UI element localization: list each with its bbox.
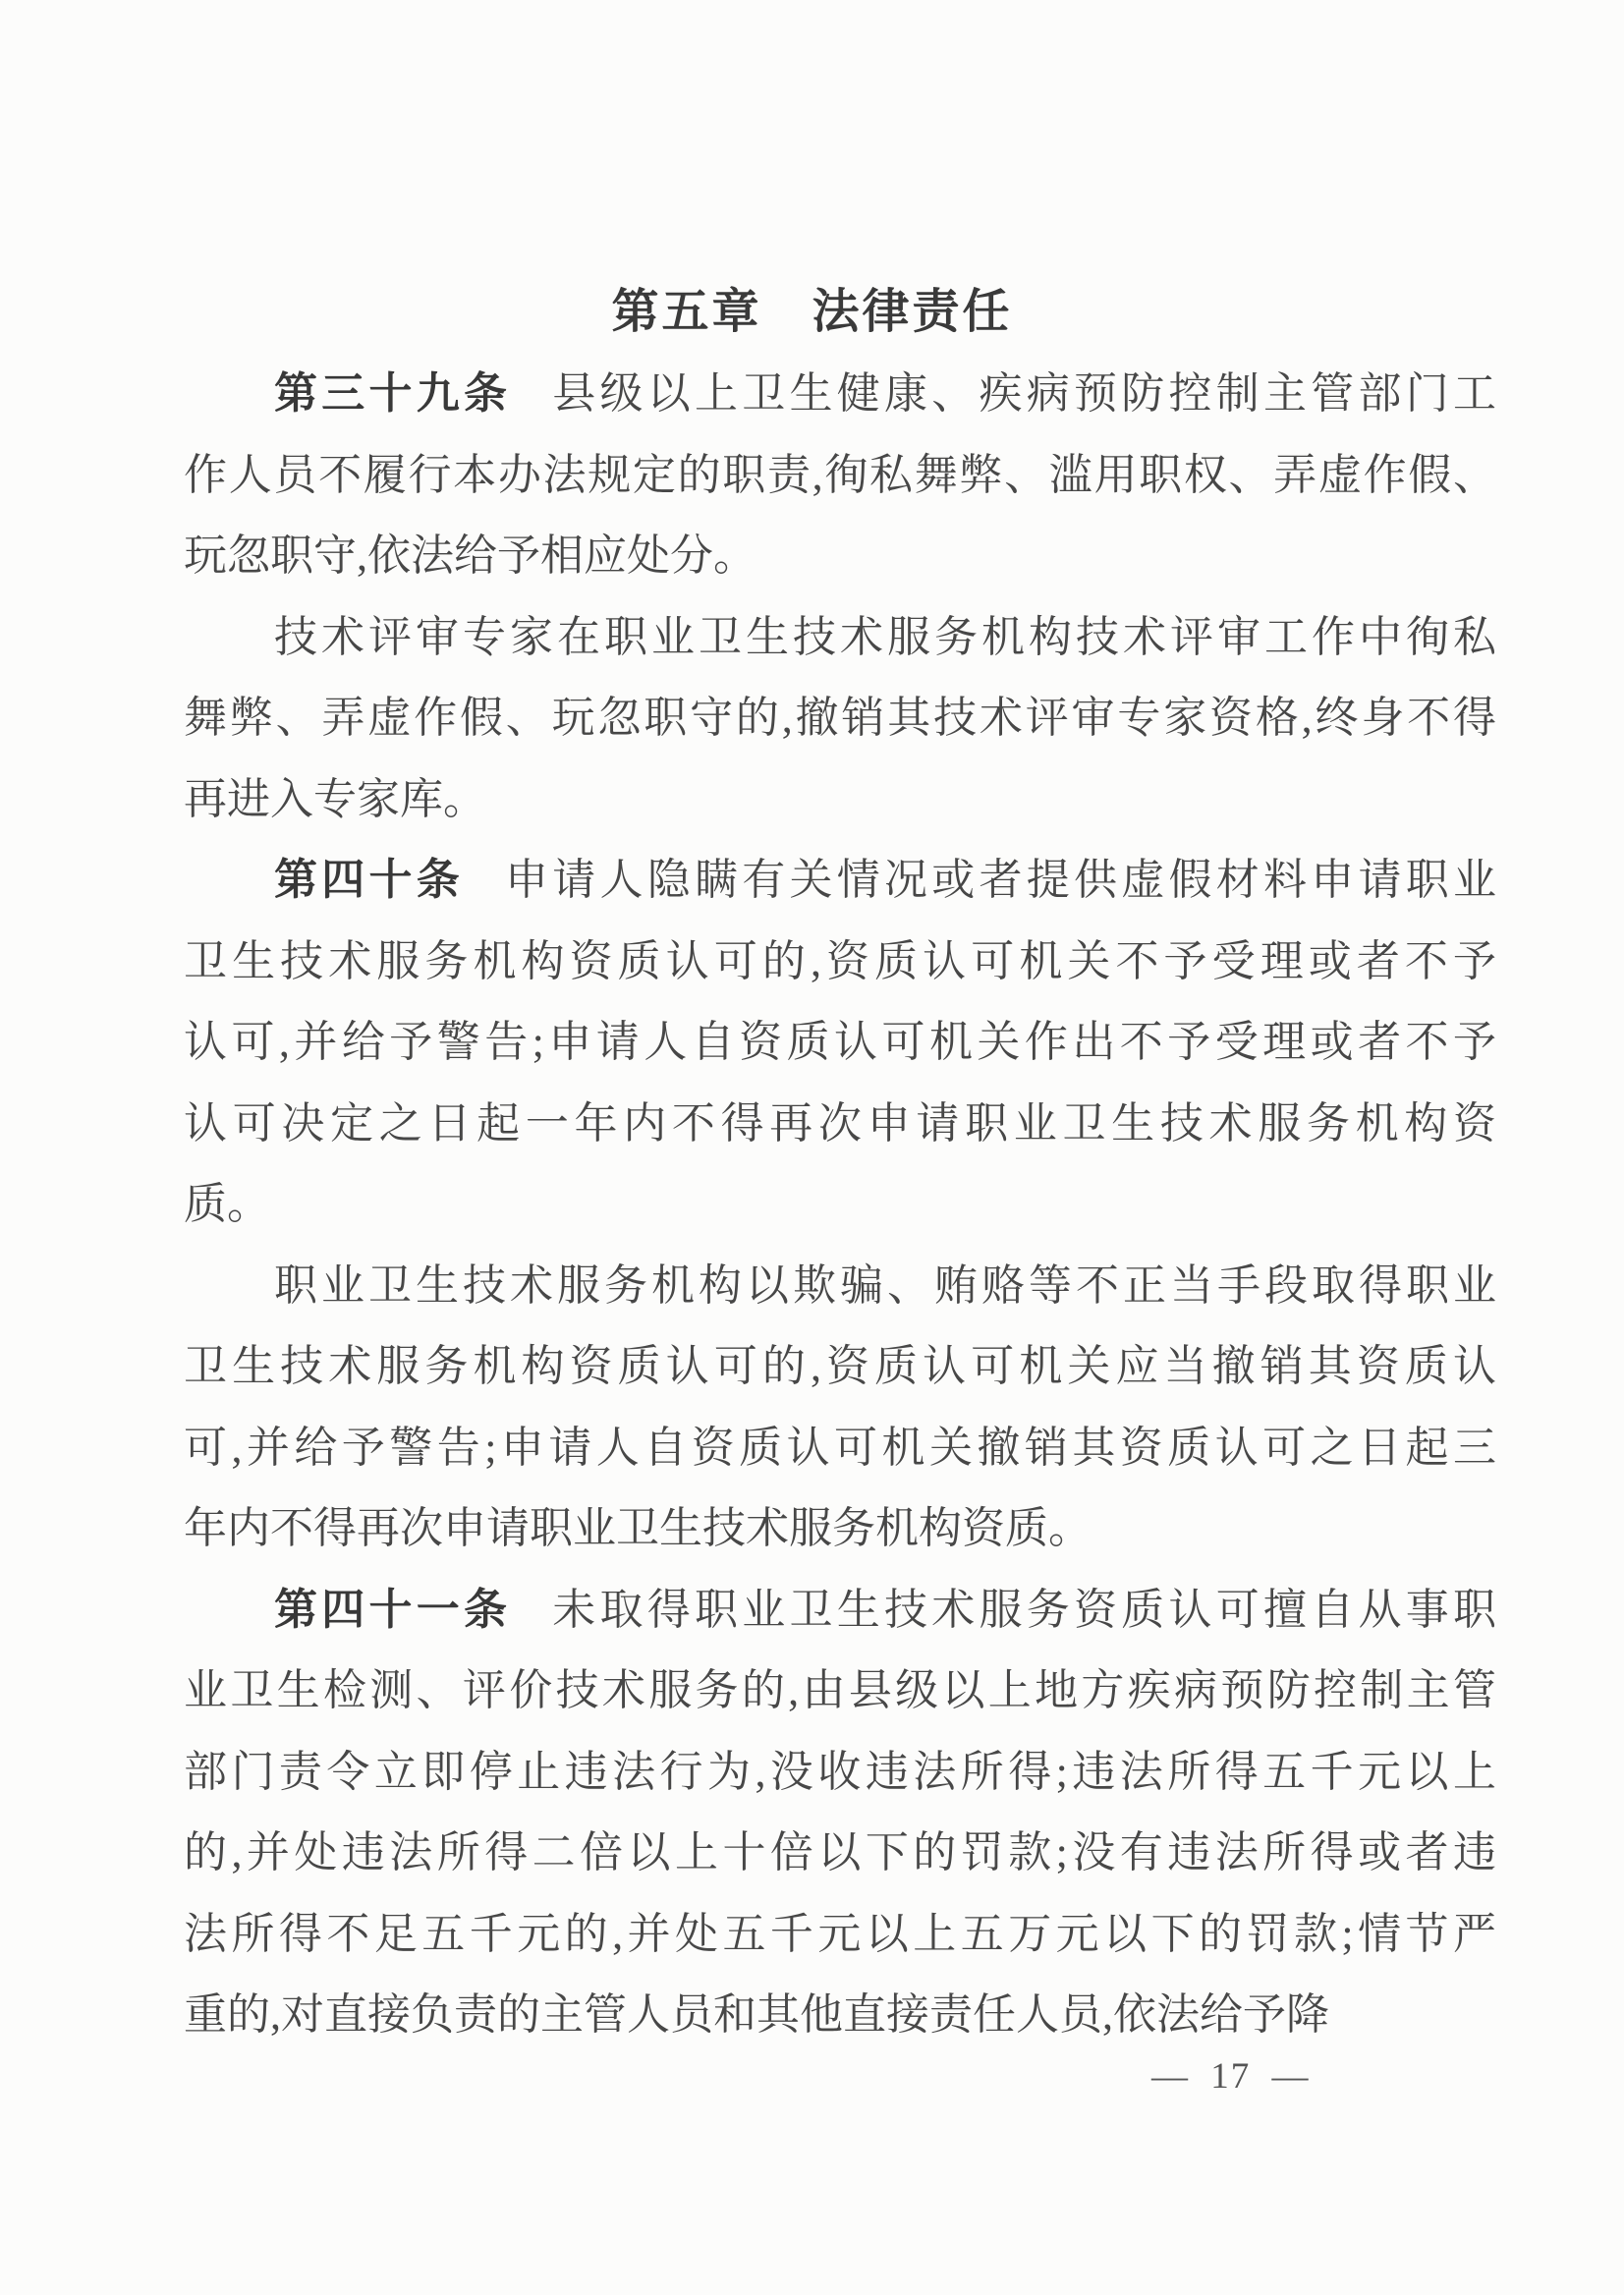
paragraph-line: 重的,对直接负责的主管人员和其他直接责任人员,依法给予降 bbox=[184, 1975, 1496, 2056]
paragraph-line: 认可决定之日起一年内不得再次申请职业卫生技术服务机构资 bbox=[184, 1084, 1496, 1165]
paragraph-line: 第四十一条未取得职业卫生技术服务资质认可擅自从事职 bbox=[184, 1570, 1496, 1651]
paragraph-line: 质。 bbox=[184, 1164, 1496, 1246]
paragraph-line: 卫生技术服务机构资质认可的,资质认可机关应当撤销其资质认 bbox=[184, 1326, 1496, 1408]
paragraph-line: 玩忽职守,依法给予相应处分。 bbox=[184, 516, 1496, 597]
paragraph-line: 作人员不履行本办法规定的职责,徇私舞弊、滥用职权、弄虚作假、 bbox=[184, 435, 1496, 517]
paragraph-line: 部门责令立即停止违法行为,没收违法所得;违法所得五千元以上 bbox=[184, 1732, 1496, 1814]
paragraph-line: 卫生技术服务机构资质认可的,资质认可机关不予受理或者不予 bbox=[184, 922, 1496, 1003]
chapter-heading: 第五章 法律责任 bbox=[0, 273, 1624, 341]
article-40-label: 第四十条 bbox=[274, 856, 464, 904]
page-number: — 17 — bbox=[1151, 2055, 1311, 2098]
line-text: 未取得职业卫生技术服务资质认可擅自从事职 bbox=[552, 1586, 1496, 1634]
paragraph-line: 可,并给予警告;申请人自资质认可机关撤销其资质认可之日起三 bbox=[184, 1408, 1496, 1489]
paragraph-line: 再进入专家库。 bbox=[184, 759, 1496, 841]
line-text: 技术评审专家在职业卫生技术服务机构技术评审工作中徇私 bbox=[274, 613, 1496, 661]
line-text: 县级以上卫生健康、疾病预防控制主管部门工 bbox=[552, 369, 1496, 418]
paragraph-line: 的,并处违法所得二倍以上十倍以下的罚款;没有违法所得或者违 bbox=[184, 1813, 1496, 1894]
paragraph-line: 第四十条申请人隐瞒有关情况或者提供虚假材料申请职业 bbox=[184, 840, 1496, 922]
paragraph-line: 年内不得再次申请职业卫生技术服务机构资质。 bbox=[184, 1488, 1496, 1570]
paragraph-line: 业卫生检测、评价技术服务的,由县级以上地方疾病预防控制主管 bbox=[184, 1651, 1496, 1732]
paragraph-line: 职业卫生技术服务机构以欺骗、贿赂等不正当手段取得职业 bbox=[184, 1246, 1496, 1327]
paragraph-line: 舞弊、弄虚作假、玩忽职守的,撤销其技术评审专家资格,终身不得 bbox=[184, 678, 1496, 759]
line-text: 申请人隐瞒有关情况或者提供虚假材料申请职业 bbox=[505, 856, 1496, 904]
document-page: 第五章 法律责任 第三十九条县级以上卫生健康、疾病预防控制主管部门工 作人员不履… bbox=[0, 0, 1624, 2295]
article-39-label: 第三十九条 bbox=[274, 369, 511, 418]
article-41-label: 第四十一条 bbox=[274, 1586, 511, 1634]
paragraph-line: 第三十九条县级以上卫生健康、疾病预防控制主管部门工 bbox=[184, 354, 1496, 435]
document-body: 第三十九条县级以上卫生健康、疾病预防控制主管部门工 作人员不履行本办法规定的职责… bbox=[184, 354, 1496, 2056]
line-text: 职业卫生技术服务机构以欺骗、贿赂等不正当手段取得职业 bbox=[274, 1261, 1496, 1310]
paragraph-line: 认可,并给予警告;申请人自资质认可机关作出不予受理或者不予 bbox=[184, 1002, 1496, 1084]
paragraph-line: 技术评审专家在职业卫生技术服务机构技术评审工作中徇私 bbox=[184, 597, 1496, 679]
paragraph-line: 法所得不足五千元的,并处五千元以上五万元以下的罚款;情节严 bbox=[184, 1894, 1496, 1976]
